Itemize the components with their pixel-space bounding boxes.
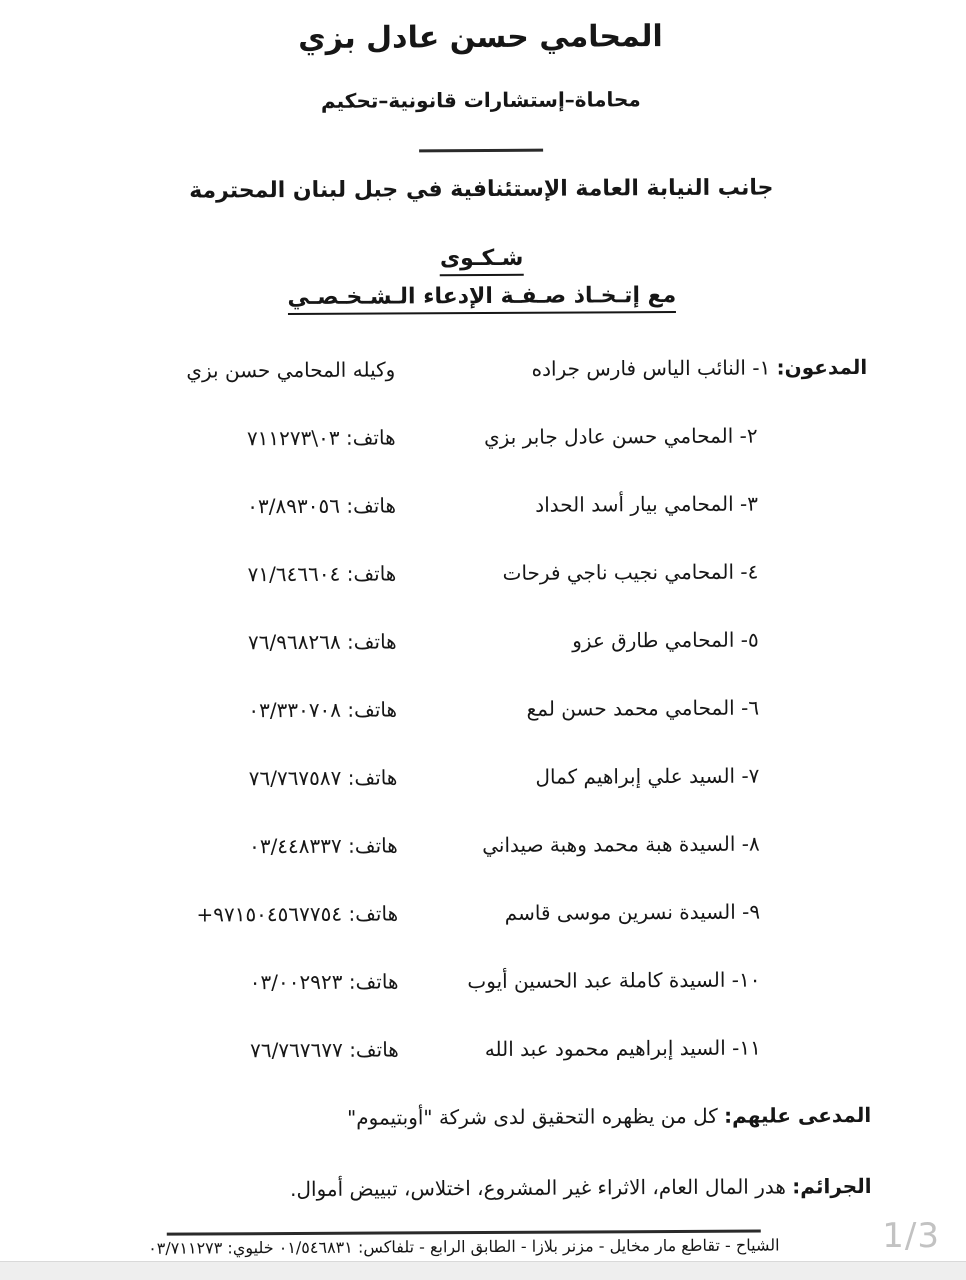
plaintiff-name: المدعون: ١- النائب الياس فارس جراده [395,354,867,383]
plaintiff-name: ٩- السيدة نسرين موسى قاسم [398,898,870,927]
plaintiff-name: ١١- السيد إبراهيم محمود عبد الله [399,1034,871,1063]
plaintiff-name: ٤- المحامي نجيب ناجي فرحات [396,558,868,587]
plaintiff-row: ٥- المحامي طارق عزو هاتف: ٧٦/٩٦٨٢٦٨ [97,626,869,698]
phone-label: هاتف: [348,901,398,925]
plaintiff-name: ٢- المحامي حسن عادل جابر بزي [396,422,868,451]
subject-block: شـكـوى مع إتـخـاذ صـفـة الإدعاء الـشـخـص… [0,242,965,314]
defendants-label: المدعى عليهم: [724,1103,871,1128]
plaintiff-phone: هاتف: +٩٧١٥٠٤٥٦٧٧٥٤ [98,900,398,929]
agent-name: وكيله المحامي حسن بزي [95,356,395,385]
phone-number: +٩٧١٥٠٤٥٦٧٧٥٤ [196,902,342,927]
plaintiffs-list: المدعون: ١- النائب الياس فارس جراده وكيل… [0,353,966,1106]
plaintiffs-label: المدعون: [777,355,868,379]
plaintiff-name: ٨- السيدة هبة محمد وهبة صيداني [398,830,870,859]
phone-number: ٧٦/٧٦٧٦٧٧ [250,1038,343,1062]
plaintiff-row: ٣- المحامي بيار أسد الحداد هاتف: ٠٣/٨٩٣٠… [96,490,868,562]
phone-label: هاتف: [347,629,397,653]
phone-number: ٠٣/٤٤٨٣٣٧ [249,834,342,858]
crimes-text: هدر المال العام، الاثراء غير المشروع، اخ… [290,1174,786,1201]
phone-number: ٧٦/٩٦٨٢٦٨ [248,630,341,654]
plaintiff-phone: هاتف: ٠٣/٨٩٣٠٥٦ [96,492,396,521]
footer: الشياح - تقاطع مار مخايل - مزنر بلازا - … [136,1230,792,1260]
plaintiff-row: ٨- السيدة هبة محمد وهبة صيداني هاتف: ٠٣/… [98,830,870,902]
phone-label: هاتف: [347,697,397,721]
services-tagline: محاماة–إستشارات قانونية–تحكيم [0,84,964,115]
phone-number: ٠٣/٣٣٠٧٠٨ [248,698,341,722]
footer-divider [167,1230,761,1236]
viewer-bottom-bar [0,1261,966,1280]
plaintiff-phone: هاتف: ٠٣/٤٤٨٣٣٧ [98,832,398,861]
plaintiff-row: ٧- السيد علي إبراهيم كمال هاتف: ٧٦/٧٦٧٥٨… [97,762,869,834]
document-page: المحامي حسن عادل بزي محاماة–إستشارات قان… [0,0,966,1280]
phone-label: هاتف: [346,425,396,449]
subject-subtitle: مع إتـخـاذ صـفـة الإدعاء الـشـخـصـي [0,281,965,315]
plaintiff-phone: هاتف: ٧٦/٧٦٧٥٨٧ [97,764,397,793]
defendants-line: المدعى عليهم: كل من يظهره التحقيق لدى شر… [3,1101,966,1133]
subject-title: شـكـوى [0,242,965,276]
addressee-line: جانب النيابة العامة الإستئنافية في جبل ل… [0,173,964,207]
plaintiff-phone: هاتف: ٠٣/٣٣٠٧٠٨ [97,696,397,725]
plaintiff-row: ٦- المحامي محمد حسن لمع هاتف: ٠٣/٣٣٠٧٠٨ [97,694,869,766]
plaintiff-phone: هاتف: ٧٦/٧٦٧٦٧٧ [99,1036,399,1065]
plaintiff-name: ٦- المحامي محمد حسن لمع [397,694,869,723]
phone-number: ٠٣/٨٩٣٠٥٦ [247,494,340,518]
crimes-label: الجرائم: [792,1174,871,1198]
defendants-text: كل من يظهره التحقيق لدى شركة "أوبتيموم" [347,1104,718,1130]
crimes-line: الجرائم: هدر المال العام، الاثراء غير ال… [3,1172,966,1204]
plaintiff-name: ١٠- السيدة كاملة عبد الحسين أيوب [398,966,870,995]
phone-number: ٧٦/٧٦٧٥٨٧ [249,766,342,790]
phone-number: ٠٣\٧١١٢٧٣ [247,426,340,450]
phone-label: هاتف: [348,833,398,857]
letter-body: المحامي حسن عادل بزي محاماة–إستشارات قان… [0,0,966,1280]
plaintiff-row: ١١- السيد إبراهيم محمود عبد الله هاتف: ٧… [99,1034,871,1106]
plaintiff-phone: هاتف: ٧١/٦٤٦٦٠٤ [96,560,396,589]
phone-label: هاتف: [346,493,396,517]
plaintiff-row: ٩- السيدة نسرين موسى قاسم هاتف: +٩٧١٥٠٤٥… [98,898,870,970]
phone-label: هاتف: [349,1037,399,1061]
plaintiff-name: ٣- المحامي بيار أسد الحداد [396,490,868,519]
plaintiff-row: ٢- المحامي حسن عادل جابر بزي هاتف: ٠٣\٧١… [96,422,868,494]
plaintiff-row: المدعون: ١- النائب الياس فارس جراده وكيل… [95,354,867,426]
phone-label: هاتف: [347,561,397,585]
plaintiff-name-text: ١- النائب الياس فارس جراده [532,355,771,380]
phone-number: ٧١/٦٤٦٦٠٤ [248,562,341,586]
phone-number: ٠٣/٠٠٢٩٢٣ [250,970,343,994]
plaintiff-phone: هاتف: ٠٣/٠٠٢٩٢٣ [98,968,398,997]
plaintiff-phone: هاتف: ٧٦/٩٦٨٢٦٨ [97,628,397,657]
plaintiff-row: ٤- المحامي نجيب ناجي فرحات هاتف: ٧١/٦٤٦٦… [96,558,868,630]
lawyer-name: المحامي حسن عادل بزي [0,15,964,59]
phone-label: هاتف: [348,765,398,789]
office-address: الشياح - تقاطع مار مخايل - مزنر بلازا - … [136,1236,792,1260]
plaintiff-name: ٧- السيد علي إبراهيم كمال [397,762,869,791]
header-divider [419,149,543,153]
phone-label: هاتف: [349,969,399,993]
plaintiff-name: ٥- المحامي طارق عزو [397,626,869,655]
page-indicator: 1/3 [882,1216,940,1256]
plaintiff-phone: هاتف: ٠٣\٧١١٢٧٣ [96,424,396,453]
plaintiff-row: ١٠- السيدة كاملة عبد الحسين أيوب هاتف: ٠… [98,966,870,1038]
